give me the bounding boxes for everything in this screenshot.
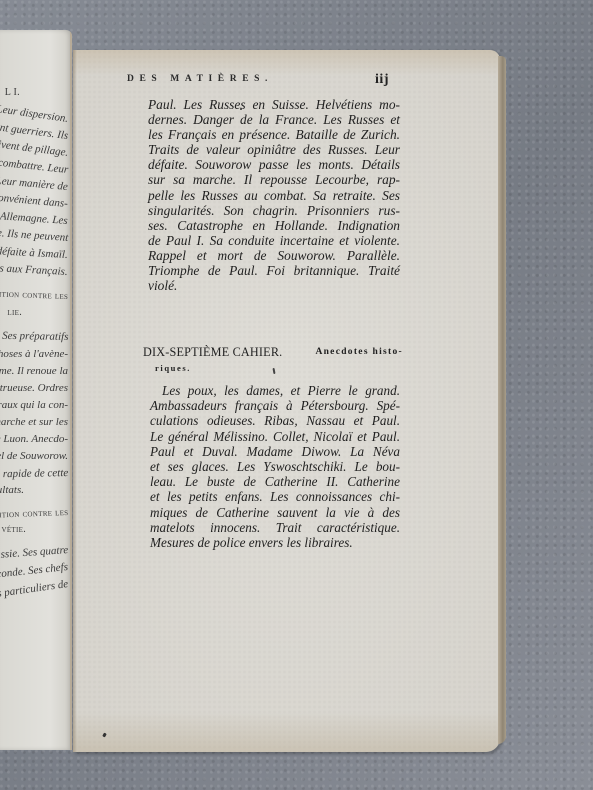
text-line: ses. Catastrophe en Hollande. Indignatio… — [148, 218, 400, 233]
left-line: pédition contre les — [0, 508, 68, 521]
left-line: erine. Ses préparatifs — [0, 330, 68, 343]
foxing-stain — [73, 712, 500, 752]
text-line: Ambassadeurs français à Pétersbourg. Spé… — [150, 398, 400, 413]
gutter-shadow — [73, 50, 77, 752]
text-line: Les poux, les dames, et Pierre le grand. — [150, 383, 400, 398]
page-number: iij — [375, 72, 389, 88]
text-line: sur sa marche. Il repousse Lecourbe, rap… — [148, 172, 400, 187]
left-line: otifs particuliers de — [0, 579, 69, 602]
text-line: Rappel et mort de Souworow. Parallèle. — [148, 248, 400, 263]
contents-paragraph-2: Les poux, les dames, et Pierre le grand.… — [150, 383, 400, 550]
left-line: Généraux qui la con- — [0, 400, 68, 411]
text-line: Paul. Les Russes en Suisse. Helvétiens m… — [148, 97, 400, 112]
left-line: système. Il renoue la — [0, 366, 68, 377]
text-line: violé. — [148, 278, 400, 293]
running-head: DES MATIÈRES. iij — [127, 73, 427, 87]
left-line: r la marche et sur les — [0, 417, 68, 428]
section-subtitle: Anecdotes histo- — [315, 345, 403, 360]
left-line: Précis rapide de cette — [0, 468, 68, 481]
gutter-edge — [70, 30, 72, 750]
text-line: culations odieuses. Ribas, Nassau et Pau… — [150, 413, 400, 428]
text-line: Triomphe de Paul. Foi britannique. Trait… — [148, 263, 400, 278]
left-line: ont en Allemagne. Les — [0, 209, 68, 227]
left-line: rimés. Leur dispersion. — [0, 100, 69, 125]
left-line: éfendre. Ils ne peuvent — [0, 226, 68, 244]
left-line: vétie. — [1, 525, 26, 535]
text-line: dernes. Danger de la France. Les Russes … — [148, 112, 400, 127]
text-line: Mesures de police envers les libraires. — [150, 535, 400, 550]
text-line: et ses glaces. Les Yswoschtschiki. Le bo… — [150, 459, 400, 474]
left-line: Expédition contre les — [0, 289, 68, 302]
left-line: la Russie. Ses quatre — [0, 545, 68, 562]
text-line: miques de Catherine sauvent la vie à des — [150, 505, 400, 520]
contents-paragraph-1: Paul. Les Russes en Suisse. Helvétiens m… — [148, 97, 400, 293]
left-facing-page: L I. rimés. Leur dispersion. s. Ils sont… — [0, 30, 72, 750]
text-line: singularités. Son chagrin. Prisonniers r… — [148, 203, 400, 218]
text-line: de Paul I. Sa conduite incertaine et vio… — [148, 233, 400, 248]
left-line: le rappel de Souworow. — [0, 451, 68, 462]
left-line: sultats. — [0, 485, 24, 496]
text-line: défaite. Souworow passe les monts. Détai… — [148, 157, 400, 172]
left-line: lie. — [7, 308, 22, 318]
text-line: matelots innocens. Trait caractéristique… — [150, 520, 400, 535]
running-title: DES MATIÈRES. — [127, 74, 273, 84]
left-line: tat des choses à l'avène- — [0, 349, 68, 360]
left-line: monstrueuse. Ordres — [0, 383, 68, 394]
left-line: ure de Luon. Anecdo- — [0, 434, 68, 445]
left-header-fragment: L I. — [5, 88, 20, 98]
left-line: cité. Leur manière de — [0, 174, 68, 193]
text-line: leau. Le buste de Catherine II. Catherin… — [150, 474, 400, 489]
left-line: bles aux Français. — [0, 263, 68, 278]
text-line: Paul et Duval. Madame Diwow. La Néva — [150, 444, 400, 459]
text-line: pelle les Russes au combat. Sa retraite.… — [148, 188, 400, 203]
text-line: Traits de valeur opiniâtre des Russes. L… — [148, 142, 400, 157]
text-line: les Français en présence. Bataille de Zu… — [148, 127, 400, 142]
section-title: DIX-SEPTIÈME CAHIER. — [143, 345, 282, 360]
section-subtitle-continued: riques. — [155, 362, 403, 374]
text-line: et les petits enfans. Les connoissances … — [150, 489, 400, 504]
text-line: Le général Mélissino. Collet, Nicolaï et… — [150, 429, 400, 444]
left-line: Leur défaite à Ismaïl. — [0, 245, 68, 261]
left-line: s. Inconvénient dans- — [0, 191, 68, 210]
left-line: re de combattre. Leur — [0, 155, 69, 176]
